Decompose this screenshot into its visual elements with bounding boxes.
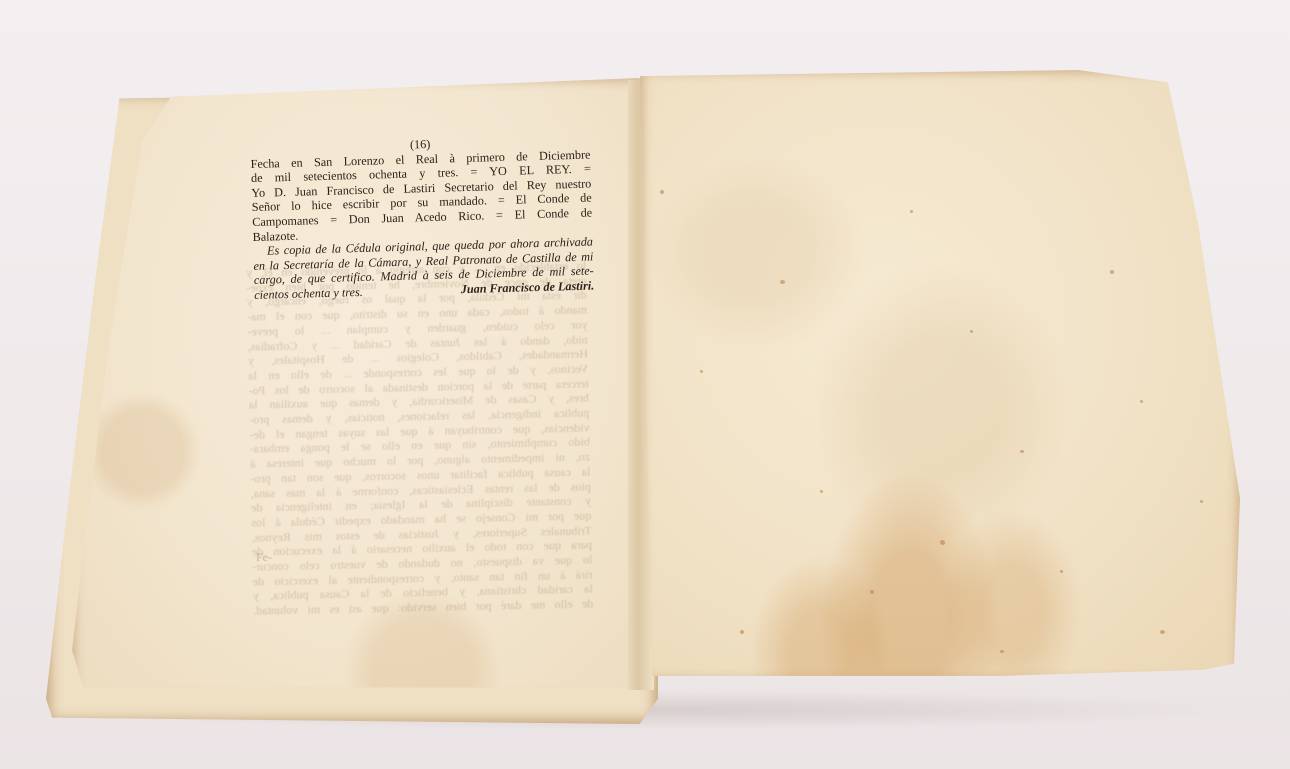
bleed-through-text: lo establecido en .... y con arreglo a l…: [246, 258, 593, 618]
right-page-blank: [640, 70, 1240, 682]
printed-text-block: (16) Fecha en San Lorenzo el Real à prim…: [250, 133, 594, 303]
catchword: Fe-: [256, 550, 272, 565]
